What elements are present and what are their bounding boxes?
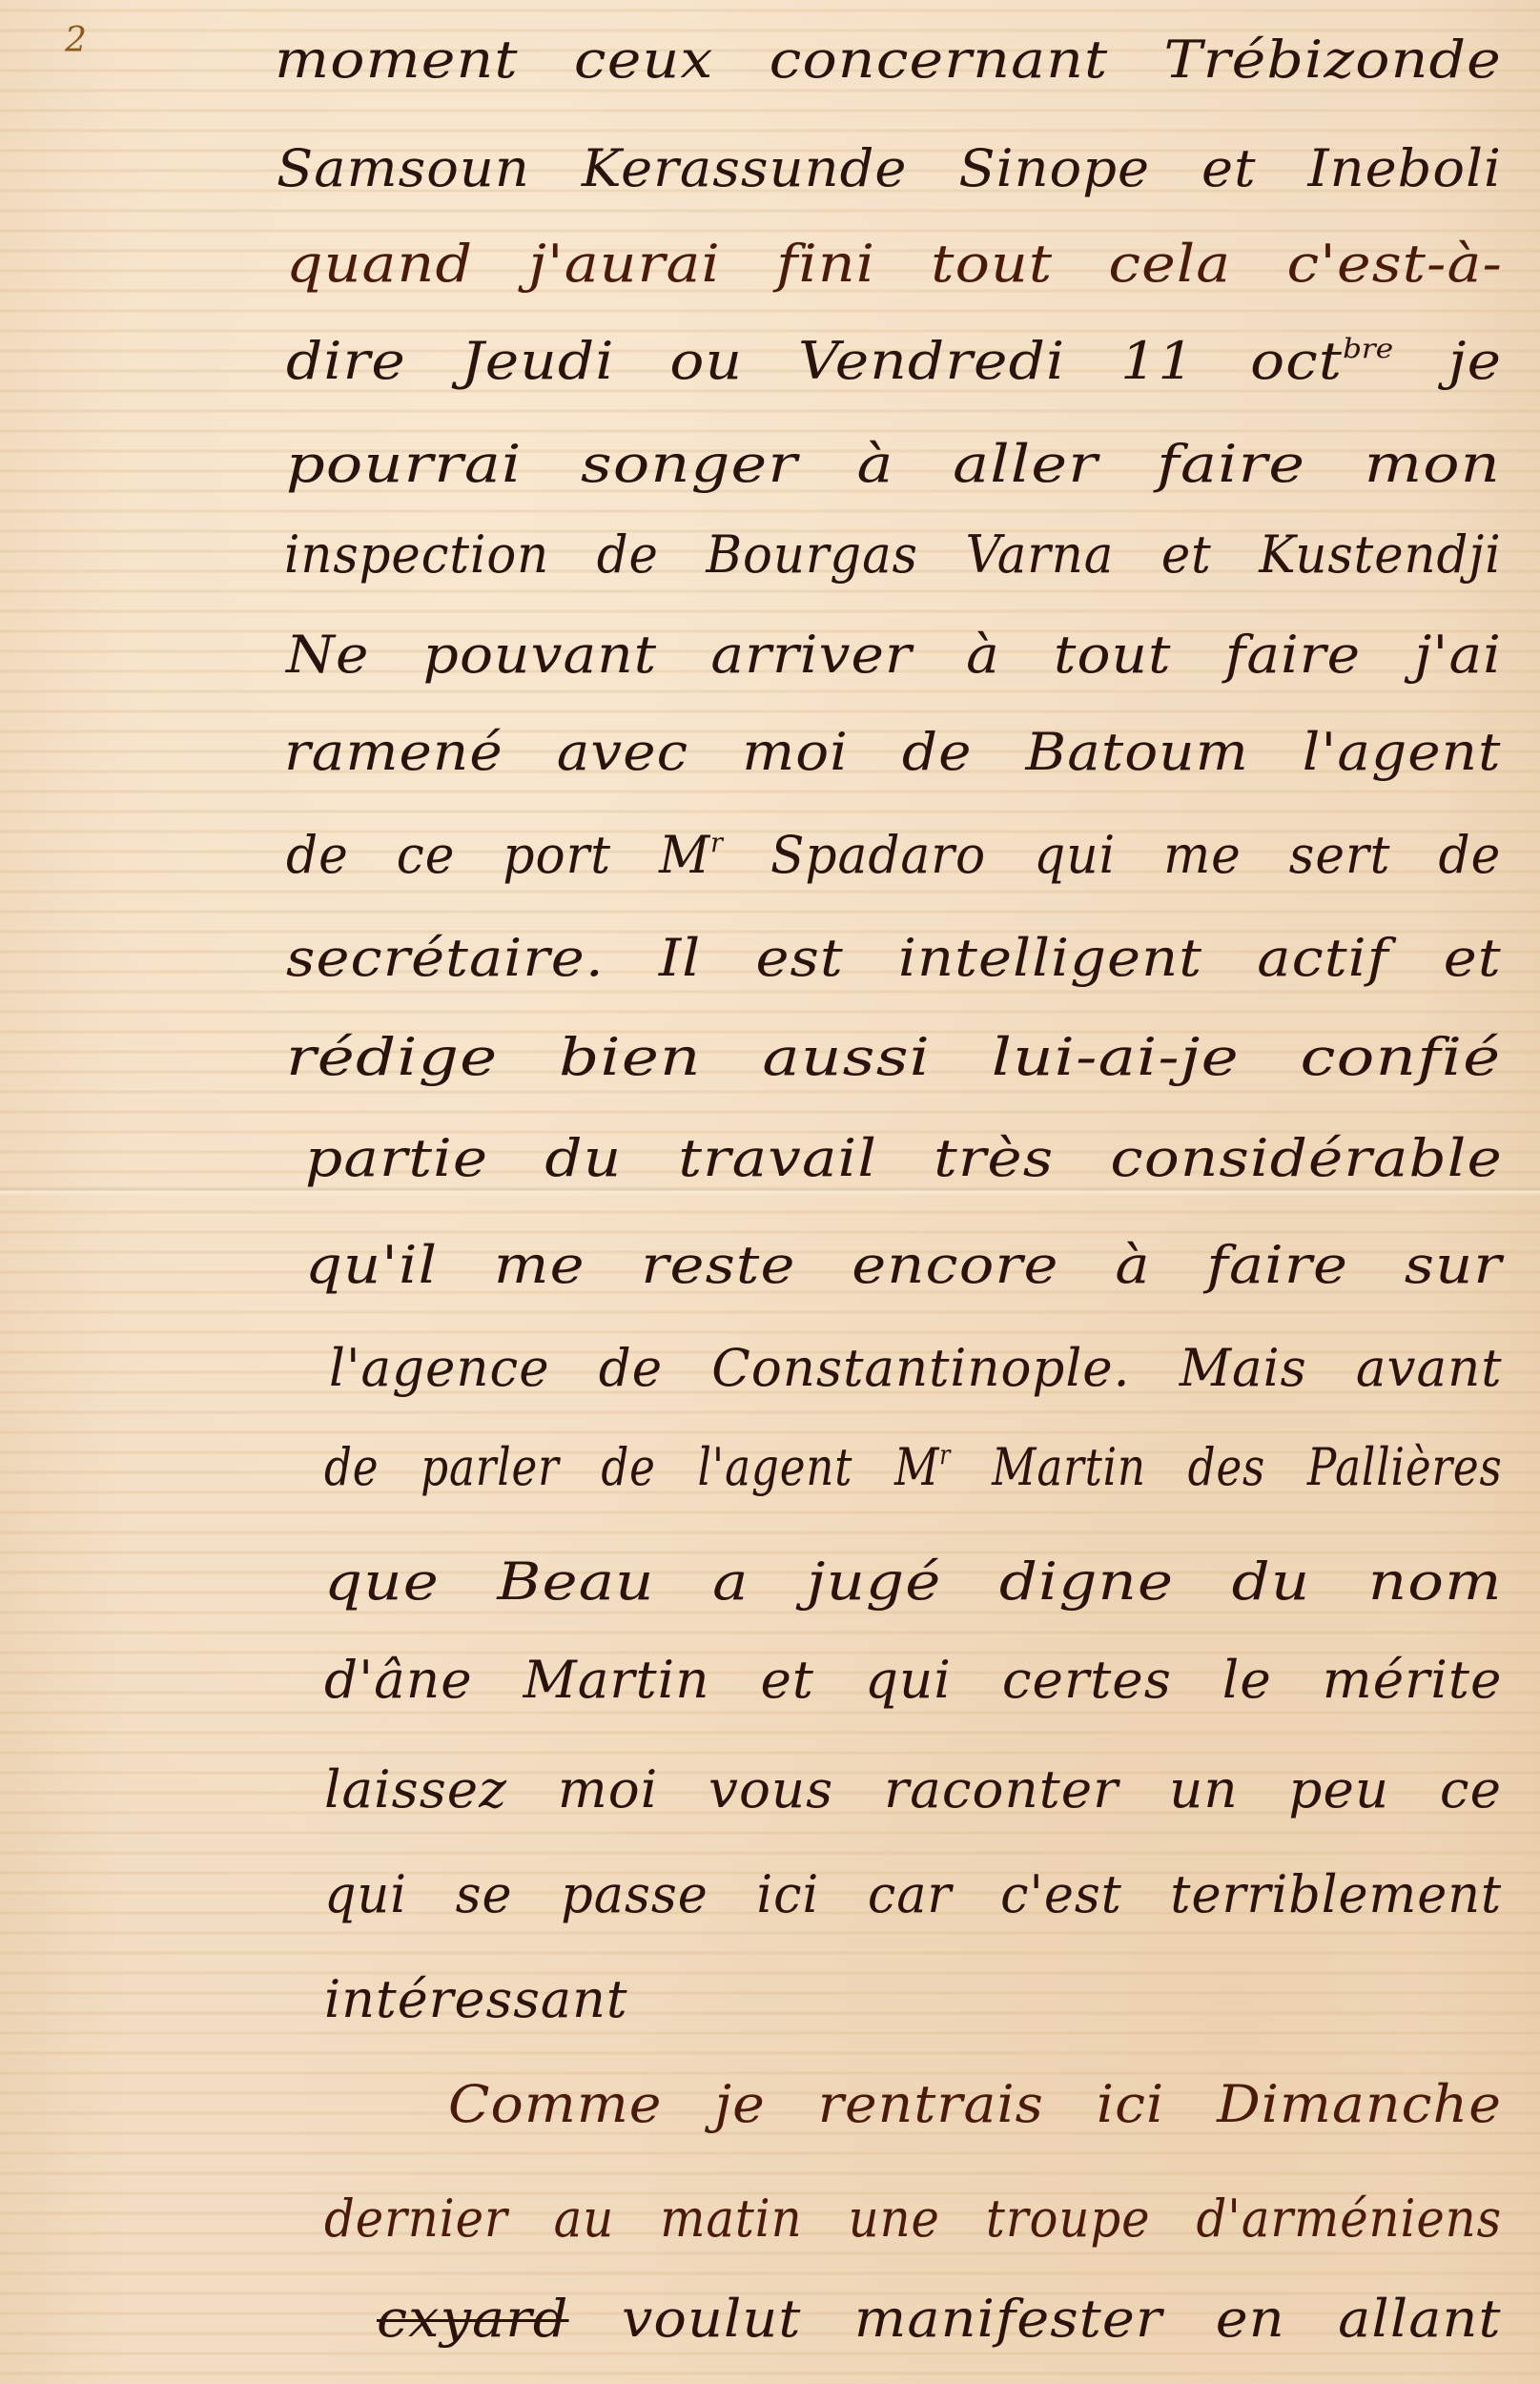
handwritten-line: quand j'aurai fini tout cela c'est-à- — [286, 238, 1503, 290]
handwritten-line: partie du travail très considérable — [305, 1133, 1503, 1184]
line-text: pourrai songer à aller faire mon — [286, 434, 1501, 494]
line-text: inspection de Bourgas Varna et Kustendji — [284, 524, 1502, 585]
handwritten-line: Comme je rentrais ici Dimanche — [448, 2079, 1502, 2130]
line-text — [569, 2289, 622, 2349]
handwritten-line: Ne pouvant arriver à tout faire j'ai — [286, 629, 1502, 681]
handwritten-line: pourrai songer à aller faire mon — [286, 439, 1501, 490]
handwritten-line: moment ceux concernant Trébizonde — [275, 34, 1502, 86]
handwritten-line: l'agence de Constantinople. Mais avant — [329, 1343, 1503, 1394]
line-text: Samsoun Kerassunde Sinope et Ineboli — [277, 138, 1502, 198]
line-text: laissez moi vous raconter un peu ce — [324, 1759, 1502, 1819]
superscript-abbreviation: r — [710, 827, 723, 858]
handwritten-line: ramené avec moi de Batoum l'agent — [284, 727, 1501, 778]
superscript-abbreviation: r — [939, 1439, 950, 1470]
superscript-abbreviation: bre — [1343, 333, 1393, 364]
handwritten-line: secrétaire. Il est intelligent actif et — [286, 933, 1502, 984]
line-text-after-superscript: Spadaro qui me sert de — [723, 825, 1501, 885]
line-text: partie du travail très considérable — [305, 1128, 1503, 1188]
line-text: moment ceux concernant Trébizonde — [275, 30, 1502, 90]
line-text-after-superscript: Martin des Pallières — [950, 1437, 1502, 1497]
line-text: dernier au matin une troupe d'arméniens — [324, 2189, 1502, 2249]
handwritten-line: qui se passe ici car c'est terriblement — [324, 1869, 1502, 1921]
handwritten-line: rédige bien aussi lui-ai-je confié — [286, 1032, 1501, 1083]
line-text: ramené avec moi de Batoum l'agent — [284, 722, 1501, 782]
struck-through-word: cxyard — [377, 2289, 569, 2349]
line-text: rédige bien aussi lui-ai-je confié — [286, 1027, 1501, 1087]
handwritten-line: inspection de Bourgas Varna et Kustendji — [284, 529, 1502, 581]
handwritten-line: dernier au matin une troupe d'arméniens — [324, 2193, 1502, 2245]
line-text: Comme je rentrais ici Dimanche — [448, 2074, 1502, 2134]
handwritten-line: d'âne Martin et qui certes le mérite — [324, 1654, 1502, 1706]
line-text: intéressant — [324, 1969, 628, 2029]
line-text: quand j'aurai fini tout cela c'est-à- — [286, 234, 1503, 294]
line-text: voulut manifester en allant — [622, 2289, 1502, 2349]
line-text: Ne pouvant arriver à tout faire j'ai — [286, 625, 1502, 685]
line-text: qui se passe ici car c'est terriblement — [324, 1864, 1502, 1924]
line-text: dire Jeudi ou Vendredi 11 oct — [286, 331, 1343, 391]
line-text: l'agence de Constantinople. Mais avant — [329, 1338, 1503, 1398]
letter-page: 2 moment ceux concernant Trébizonde Sams… — [0, 0, 1540, 2384]
handwritten-line: que Beau a jugé digne du nom — [324, 1556, 1503, 1608]
line-text: d'âne Martin et qui certes le mérite — [324, 1650, 1502, 1710]
handwritten-line: laissez moi vous raconter un peu ce — [324, 1764, 1502, 1816]
handwritten-line: intéressant — [324, 1974, 628, 2025]
line-text-after-superscript: je — [1393, 331, 1502, 391]
handwritten-line: cxyard voulut manifester en allant — [377, 2293, 1502, 2345]
line-text: qu'il me reste encore à faire sur — [305, 1235, 1503, 1295]
handwritten-line: de parler de l'agent Mr Martin des Palli… — [324, 1442, 1503, 1493]
line-text: secrétaire. Il est intelligent actif et — [286, 928, 1502, 988]
handwritten-line: dire Jeudi ou Vendredi 11 octbre je — [286, 336, 1502, 387]
handwritten-line: qu'il me reste encore à faire sur — [305, 1240, 1503, 1291]
handwritten-line: de ce port Mr Spadaro qui me sert de — [286, 830, 1501, 881]
page-number: 2 — [65, 21, 87, 60]
handwritten-line: Samsoun Kerassunde Sinope et Ineboli — [277, 143, 1502, 195]
line-text: que Beau a jugé digne du nom — [324, 1552, 1503, 1612]
line-text: de parler de l'agent M — [324, 1437, 939, 1497]
line-text: de ce port M — [286, 825, 710, 885]
